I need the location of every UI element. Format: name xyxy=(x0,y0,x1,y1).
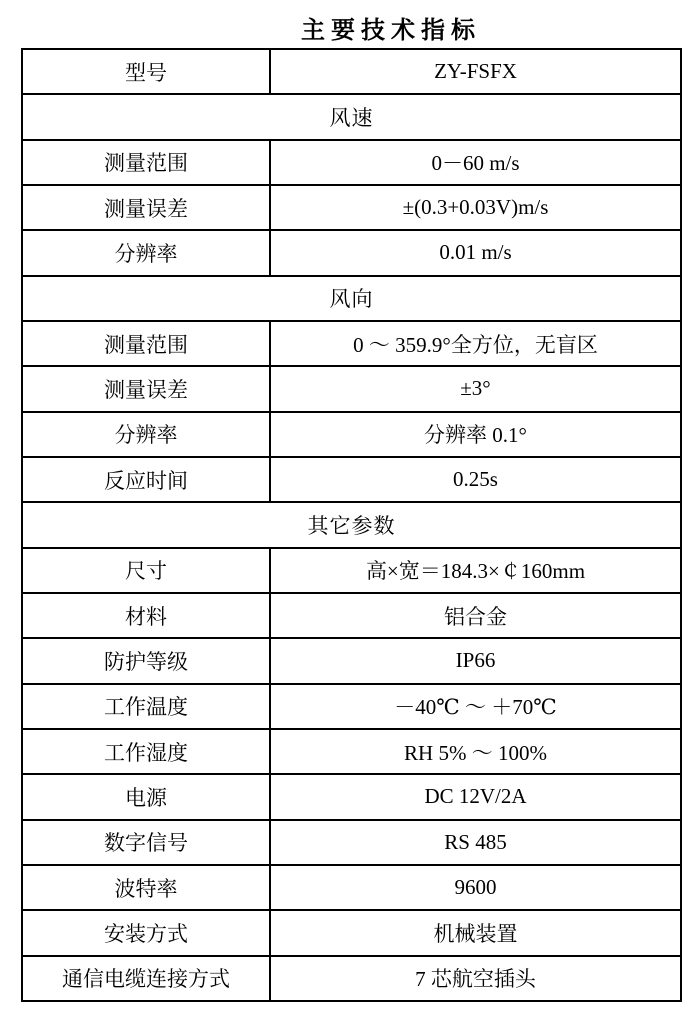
table-row: 测量误差 ±3° xyxy=(22,366,681,411)
spec-label: 型号 xyxy=(22,49,270,94)
spec-label: 分辨率 xyxy=(22,230,270,275)
spec-value: 分辨率 0.1° xyxy=(270,412,681,457)
spec-label: 数字信号 xyxy=(22,820,270,865)
table-row: 测量范围 0 ～ 359.9°全方位，无盲区 xyxy=(22,321,681,366)
spec-value: 高×宽＝184.3×￠160mm xyxy=(270,548,681,593)
section-title: 风向 xyxy=(22,276,681,321)
spec-table: 型号 ZY-FSFX 风速 测量范围 0－60 m/s 测量误差 ±(0.3+0… xyxy=(21,48,682,1002)
spec-label: 防护等级 xyxy=(22,638,270,683)
spec-label: 安装方式 xyxy=(22,910,270,955)
spec-value: RS 485 xyxy=(270,820,681,865)
spec-value: IP66 xyxy=(270,638,681,683)
spec-label: 工作温度 xyxy=(22,684,270,729)
spec-label: 分辨率 xyxy=(22,412,270,457)
section-title: 风速 xyxy=(22,94,681,139)
spec-value: 0.01 m/s xyxy=(270,230,681,275)
table-row: 数字信号 RS 485 xyxy=(22,820,681,865)
spec-value: ±(0.3+0.03V)m/s xyxy=(270,185,681,230)
table-row: 测量范围 0－60 m/s xyxy=(22,140,681,185)
section-row: 风向 xyxy=(22,276,681,321)
spec-value: ZY-FSFX xyxy=(270,49,681,94)
spec-value: DC 12V/2A xyxy=(270,774,681,819)
table-row: 电源 DC 12V/2A xyxy=(22,774,681,819)
spec-label: 通信电缆连接方式 xyxy=(22,956,270,1001)
spec-value: RH 5% ～ 100% xyxy=(270,729,681,774)
spec-value: 0－60 m/s xyxy=(270,140,681,185)
spec-value: 0.25s xyxy=(270,457,681,502)
spec-value: 0 ～ 359.9°全方位，无盲区 xyxy=(270,321,681,366)
spec-label: 测量误差 xyxy=(22,366,270,411)
spec-value: ±3° xyxy=(270,366,681,411)
table-row: 分辨率 0.01 m/s xyxy=(22,230,681,275)
spec-value: －40℃ ～ ＋70℃ xyxy=(270,684,681,729)
table-row: 防护等级 IP66 xyxy=(22,638,681,683)
table-row: 通信电缆连接方式 7 芯航空插头 xyxy=(22,956,681,1001)
spec-label: 测量误差 xyxy=(22,185,270,230)
spec-label: 测量范围 xyxy=(22,321,270,366)
spec-label: 工作湿度 xyxy=(22,729,270,774)
spec-label: 电源 xyxy=(22,774,270,819)
spec-value: 机械装置 xyxy=(270,910,681,955)
table-row: 尺寸 高×宽＝184.3×￠160mm xyxy=(22,548,681,593)
table-row: 型号 ZY-FSFX xyxy=(22,49,681,94)
table-row: 工作温度 －40℃ ～ ＋70℃ xyxy=(22,684,681,729)
table-row: 波特率 9600 xyxy=(22,865,681,910)
page-title: 主要技术指标 xyxy=(0,0,698,48)
spec-table-body: 型号 ZY-FSFX 风速 测量范围 0－60 m/s 测量误差 ±(0.3+0… xyxy=(22,49,681,1001)
section-title: 其它参数 xyxy=(22,502,681,547)
table-row: 反应时间 0.25s xyxy=(22,457,681,502)
table-row: 安装方式 机械装置 xyxy=(22,910,681,955)
spec-value: 铝合金 xyxy=(270,593,681,638)
spec-value: 7 芯航空插头 xyxy=(270,956,681,1001)
table-row: 材料 铝合金 xyxy=(22,593,681,638)
section-row: 其它参数 xyxy=(22,502,681,547)
section-row: 风速 xyxy=(22,94,681,139)
spec-value: 9600 xyxy=(270,865,681,910)
spec-label: 尺寸 xyxy=(22,548,270,593)
table-row: 测量误差 ±(0.3+0.03V)m/s xyxy=(22,185,681,230)
spec-label: 波特率 xyxy=(22,865,270,910)
spec-label: 测量范围 xyxy=(22,140,270,185)
spec-label: 反应时间 xyxy=(22,457,270,502)
spec-label: 材料 xyxy=(22,593,270,638)
table-row: 分辨率 分辨率 0.1° xyxy=(22,412,681,457)
table-row: 工作湿度 RH 5% ～ 100% xyxy=(22,729,681,774)
spec-sheet-page: 主要技术指标 型号 ZY-FSFX 风速 测量范围 0－60 m/s 测量误差 … xyxy=(0,0,698,1022)
